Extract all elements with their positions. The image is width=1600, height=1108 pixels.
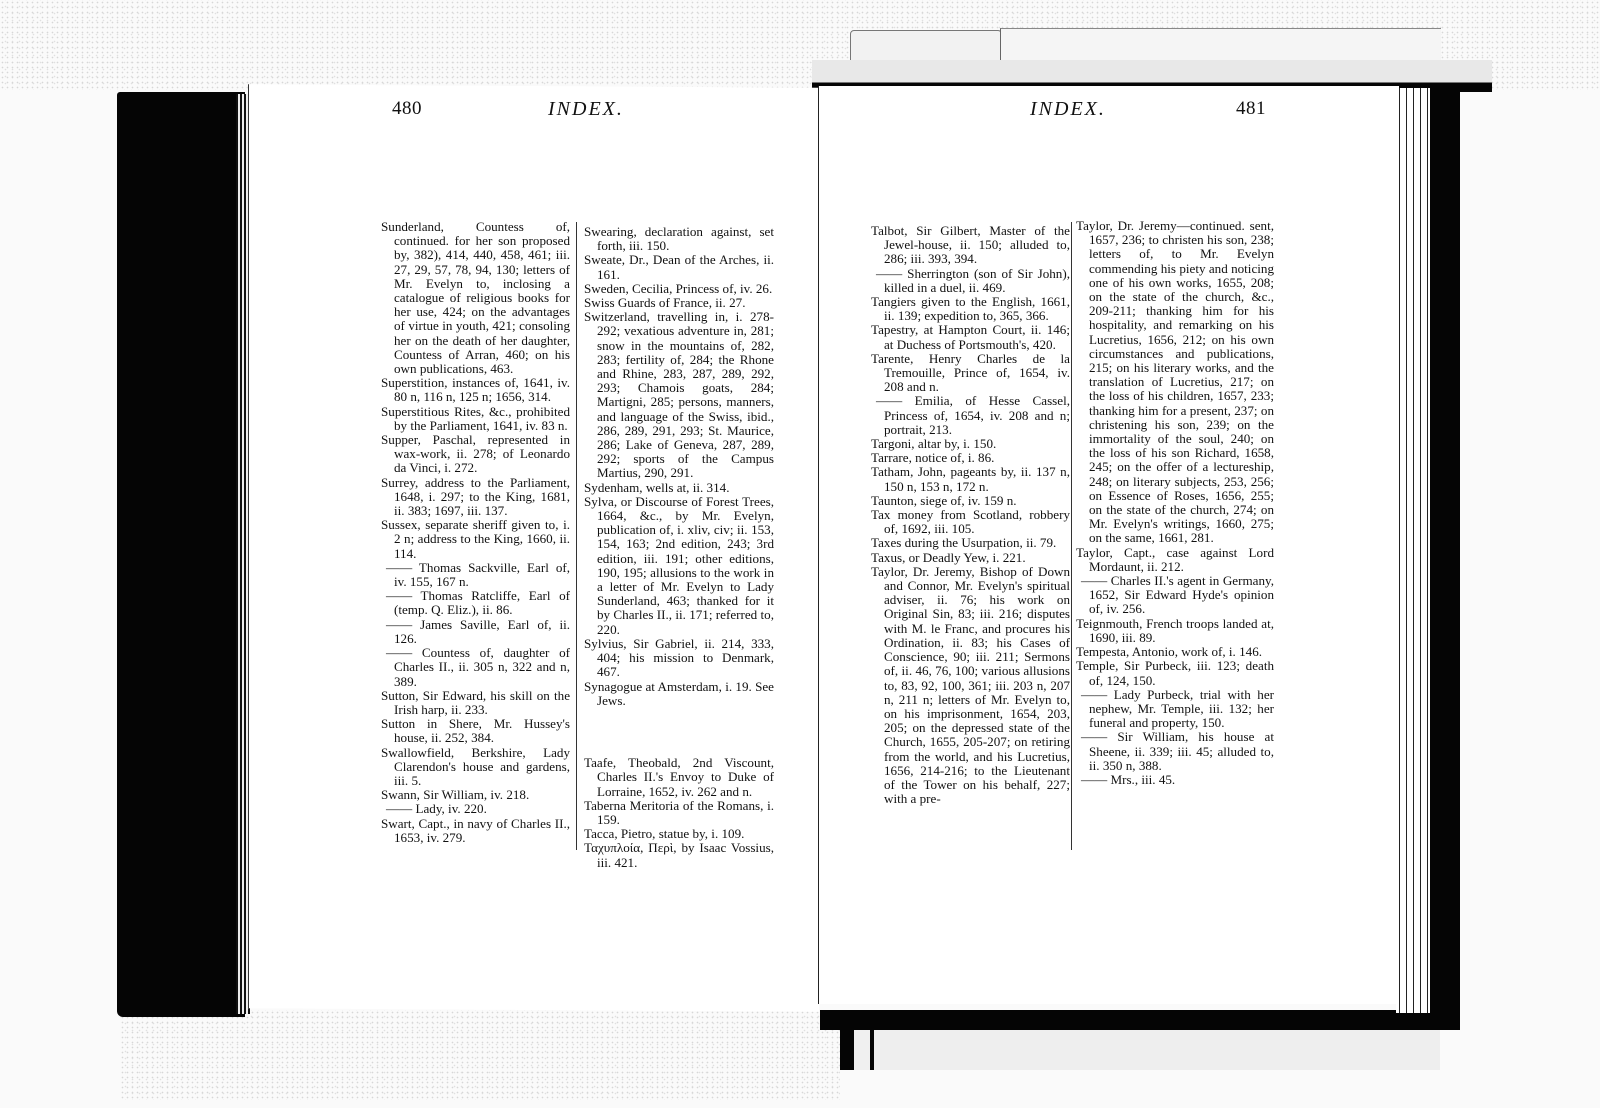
index-entry: Sydenham, wells at, ii. 314.: [584, 481, 774, 495]
page-number: 480: [392, 98, 422, 119]
index-subentry: —— Lady, iv. 220.: [381, 802, 570, 816]
index-entry: Sweate, Dr., Dean of the Arches, ii. 161…: [584, 253, 774, 281]
book-cover-bottom-flap: [840, 1030, 1440, 1070]
index-entry: Temple, Sir Purbeck, iii. 123; death of,…: [1076, 659, 1274, 687]
index-entry: Synagogue at Amsterdam, i. 19. See Jews.: [584, 680, 774, 708]
index-entry: Taylor, Capt., case against Lord Mordaun…: [1076, 546, 1274, 574]
index-entry: Swallowfield, Berkshire, Lady Clarendon'…: [381, 746, 570, 789]
letter-section-gap: [584, 721, 774, 743]
page-number: 481: [1236, 98, 1266, 119]
index-entry: Tempesta, Antonio, work of, i. 146.: [1076, 645, 1274, 659]
index-entry: Tatham, John, pageants by, ii. 137 n, 15…: [871, 465, 1070, 493]
index-entry: Teignmouth, French troops landed at, 169…: [1076, 617, 1274, 645]
index-entry: Talbot, Sir Gilbert, Master of the Jewel…: [871, 224, 1070, 267]
index-entry: Sutton, Sir Edward, his skill on the Iri…: [381, 689, 570, 717]
index-entry: Swearing, declaration against, set forth…: [584, 225, 774, 253]
index-entry: Taxes during the Usurpation, ii. 79.: [871, 536, 1070, 550]
column-rule: [576, 222, 577, 850]
index-entry: Taylor, Dr. Jeremy—continued. sent, 1657…: [1076, 219, 1274, 546]
right-page-column-2: Taylor, Dr. Jeremy—continued. sent, 1657…: [1076, 219, 1274, 787]
index-entry: Swart, Capt., in navy of Charles II., 16…: [381, 817, 570, 845]
index-entry: Ταχυπλοία, Περὶ, by Isaac Vossius, iii. …: [584, 841, 774, 869]
index-entry: Sunderland, Countess of, continued. for …: [381, 220, 570, 376]
index-entry: Superstition, instances of, 1641, iv. 80…: [381, 376, 570, 404]
index-subentry: —— Mrs., iii. 45.: [1076, 773, 1274, 787]
index-entry: Taxus, or Deadly Yew, i. 221.: [871, 551, 1070, 565]
index-subentry: —— Thomas Sackville, Earl of, iv. 155, 1…: [381, 561, 570, 589]
index-entry: Taafe, Theobald, 2nd Viscount, Charles I…: [584, 756, 774, 799]
left-page-number: 480: [392, 98, 422, 120]
index-entry: Swiss Guards of France, ii. 27.: [584, 296, 774, 310]
index-entry: Taunton, siege of, iv. 159 n.: [871, 494, 1070, 508]
index-entry: Sylva, or Discourse of Forest Trees, 166…: [584, 495, 774, 637]
index-subentry: —— Thomas Ratcliffe, Earl of (temp. Q. E…: [381, 589, 570, 617]
index-entry: Supper, Paschal, represented in wax-work…: [381, 433, 570, 476]
index-subentry: —— Countess of, daughter of Charles II.,…: [381, 646, 570, 689]
index-subentry: —— Charles II.'s agent in Germany, 1652,…: [1076, 574, 1274, 617]
index-entry: Switzerland, travelling in, i. 278-292; …: [584, 310, 774, 480]
book-cover-bottom-edge: [820, 1010, 1460, 1030]
index-entry: Targoni, altar by, i. 150.: [871, 437, 1070, 451]
right-running-title: INDEX.: [1030, 98, 1106, 121]
index-entry: Tarente, Henry Charles de la Tremouille,…: [871, 352, 1070, 395]
index-entry: Sussex, separate sheriff given to, i. 2 …: [381, 518, 570, 561]
index-entry: Tacca, Pietro, statue by, i. 109.: [584, 827, 774, 841]
running-title: INDEX.: [548, 98, 624, 120]
book-cover-right: [1428, 84, 1460, 1019]
index-subentry: —— Lady Purbeck, trial with her nephew, …: [1076, 688, 1274, 731]
column-rule: [1071, 222, 1072, 850]
scan-background-bottom: [120, 1010, 840, 1100]
index-entry: Sweden, Cecilia, Princess of, iv. 26.: [584, 282, 774, 296]
index-entry: Sylvius, Sir Gabriel, ii. 214, 333, 404;…: [584, 637, 774, 680]
index-entry: Tarrare, notice of, i. 86.: [871, 451, 1070, 465]
left-page-column-1: Sunderland, Countess of, continued. for …: [381, 220, 570, 845]
index-entry: Tapestry, at Hampton Court, ii. 146; at …: [871, 323, 1070, 351]
index-entry: Surrey, address to the Parliament, 1648,…: [381, 476, 570, 519]
book-cover-left: [117, 92, 245, 1017]
running-title: INDEX.: [1030, 98, 1106, 120]
index-entry: Sutton in Shere, Mr. Hussey's house, ii.…: [381, 717, 570, 745]
index-subentry: —— Sherrington (son of Sir John), killed…: [871, 267, 1070, 295]
index-entry: Taberna Meritoria of the Romans, i. 159.: [584, 799, 774, 827]
index-entry: Swann, Sir William, iv. 218.: [381, 788, 570, 802]
index-entry: Superstitious Rites, &c., prohibited by …: [381, 405, 570, 433]
page-stack-right: [1396, 88, 1430, 1013]
right-page-number: 481: [1236, 98, 1266, 120]
index-entry: Tangiers given to the English, 1661, ii.…: [871, 295, 1070, 323]
left-running-title: INDEX.: [548, 98, 624, 121]
index-entry: Taylor, Dr. Jeremy, Bishop of Down and C…: [871, 565, 1070, 806]
left-page-column-2: Swearing, declaration against, set forth…: [584, 225, 774, 870]
index-subentry: —— Sir William, his house at Sheene, ii.…: [1076, 730, 1274, 773]
index-subentry: —— James Saville, Earl of, ii. 126.: [381, 618, 570, 646]
right-page-column-1: Talbot, Sir Gilbert, Master of the Jewel…: [871, 224, 1070, 806]
index-entry: Tax money from Scotland, robbery of, 169…: [871, 508, 1070, 536]
index-subentry: —— Emilia, of Hesse Cassel, Princess of,…: [871, 394, 1070, 437]
